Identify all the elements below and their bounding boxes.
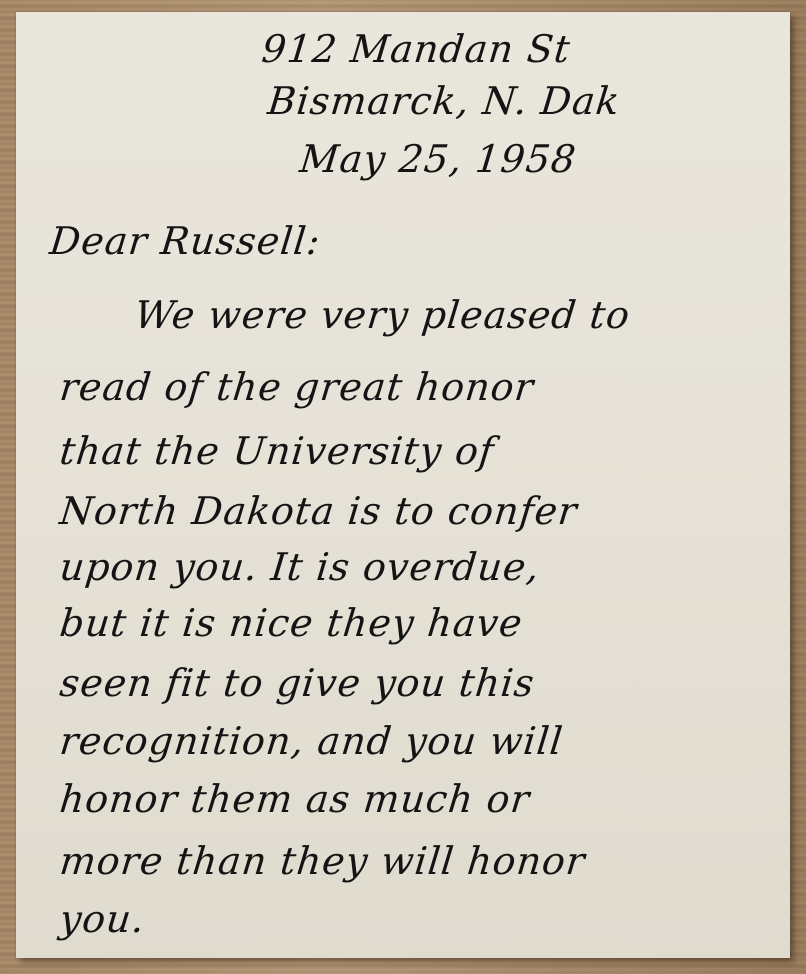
body-line: more than they will honor <box>58 842 587 880</box>
salutation: Dear Russell: <box>48 222 323 260</box>
body-line: honor them as much or <box>58 780 532 818</box>
body-line: that the University of <box>58 432 496 470</box>
letter-date: May 25, 1958 <box>298 140 578 178</box>
address-line-1: 912 Mandan St <box>260 30 572 68</box>
body-line: We were very pleased to <box>133 296 632 334</box>
body-line: recognition, and you will <box>58 722 565 760</box>
body-line: you. <box>58 900 147 938</box>
body-line: North Dakota is to confer <box>58 492 579 530</box>
body-line: upon you. It is overdue, <box>58 548 542 586</box>
body-line: seen fit to give you this <box>58 664 537 702</box>
body-line: but it is nice they have <box>58 604 525 642</box>
address-line-2: Bismarck, N. Dak <box>266 82 622 120</box>
body-line: read of the great honor <box>58 368 536 406</box>
